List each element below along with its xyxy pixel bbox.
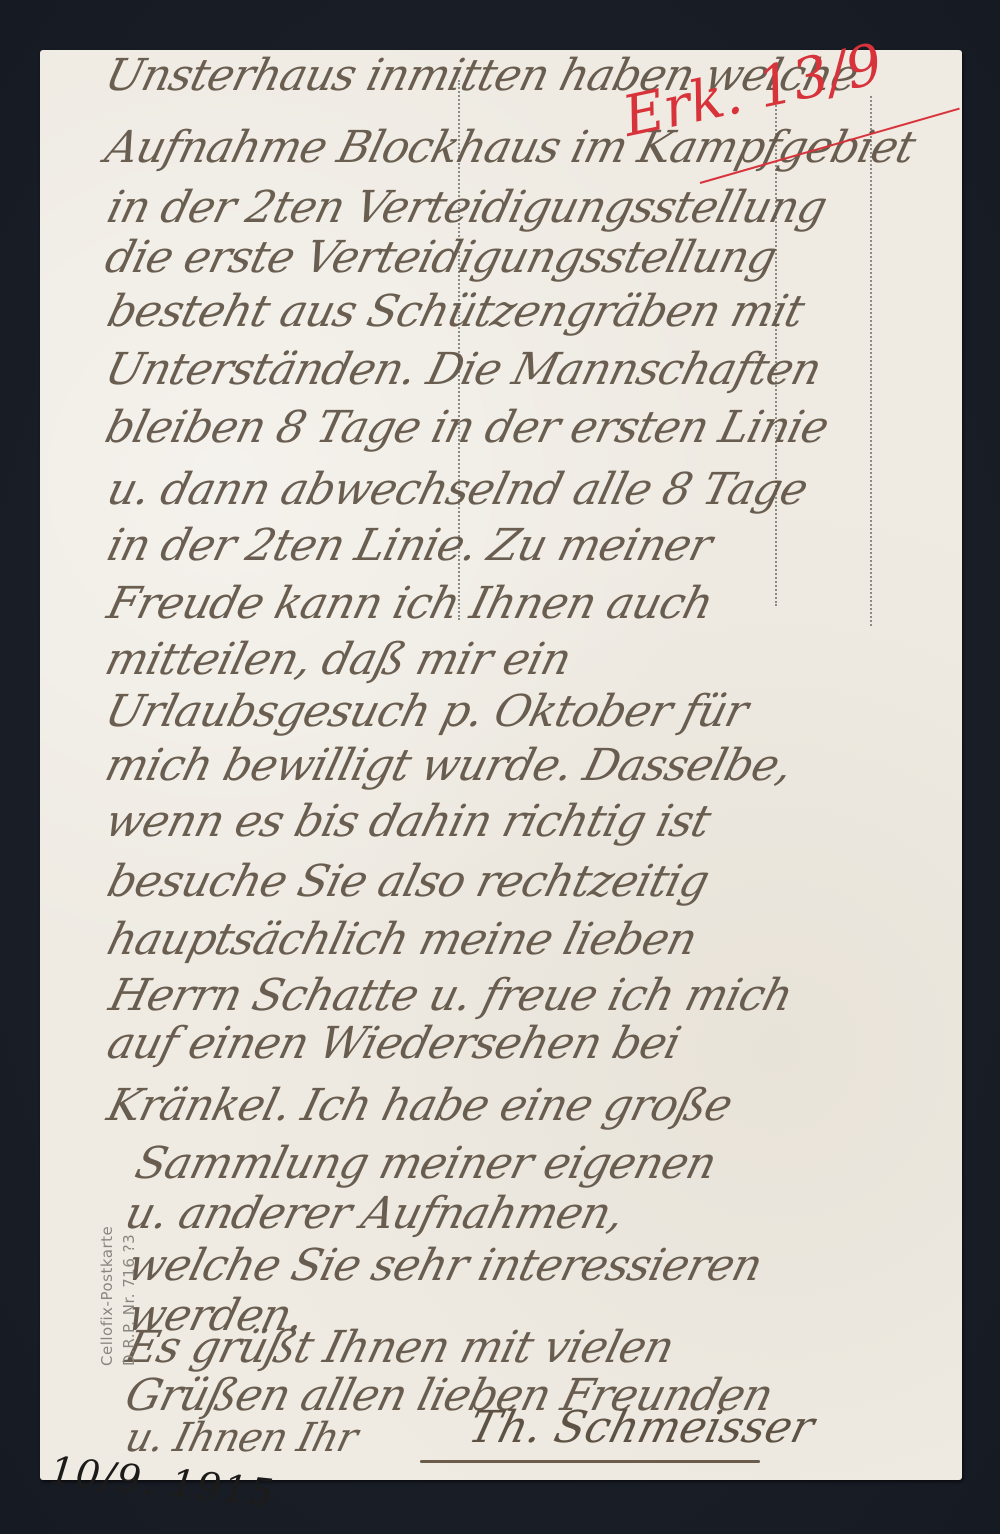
handwritten-line: in der 2ten Verteidigungsstellung xyxy=(102,182,831,234)
handwritten-line: u. Ihnen Ihr xyxy=(120,1412,362,1464)
handwritten-line: Aufnahme Blockhaus im Kampfgebiet xyxy=(100,122,920,174)
handwritten-line: Es grüßt Ihnen mit vielen xyxy=(120,1322,679,1374)
handwritten-line: Kränkel. Ich habe eine große xyxy=(102,1080,737,1132)
handwritten-line: Urlaubsgesuch p. Oktober für xyxy=(100,686,752,738)
handwritten-line: mitteilen, daß mir ein xyxy=(100,634,576,686)
handwritten-line: mich bewilligt wurde. Dasselbe, xyxy=(100,740,797,792)
handwritten-line: auf einen Wiedersehen bei xyxy=(102,1018,685,1070)
stamp-box-guide-right xyxy=(870,96,872,626)
handwritten-line: die erste Verteidigungsstellung xyxy=(100,232,781,284)
handwritten-line: in der 2ten Linie. Zu meiner xyxy=(102,520,716,572)
handwritten-line: u. dann abwechselnd alle 8 Tage xyxy=(102,464,812,516)
imprint-patent: D.R.P. Nr. 716 ?3 xyxy=(120,1234,138,1366)
signature: Th. Schmeisser xyxy=(464,1402,820,1453)
handwritten-line: hauptsächlich meine lieben xyxy=(102,914,702,966)
handwritten-line: welche Sie sehr interessieren xyxy=(122,1240,767,1292)
handwritten-line: Sammlung meiner eigenen xyxy=(130,1138,721,1190)
handwritten-line: besteht aus Schützengräben mit xyxy=(102,286,809,338)
handwritten-line: Herrn Schatte u. freue ich mich xyxy=(104,970,797,1022)
signature-underline xyxy=(420,1460,760,1463)
handwritten-line: wenn es bis dahin richtig ist xyxy=(100,796,715,848)
handwritten-line: bleiben 8 Tage in der ersten Linie xyxy=(100,402,833,454)
handwritten-line: besuche Sie also rechtzeitig xyxy=(102,856,714,908)
imprint-brand: Cellofix-Postkarte xyxy=(98,1226,116,1366)
handwritten-line: Unterständen. Die Mannschaften xyxy=(100,344,826,396)
handwritten-line: Freude kann ich Ihnen auch xyxy=(102,578,718,630)
postcard: Unsterhaus inmitten haben welche Aufnahm… xyxy=(40,50,962,1480)
handwritten-line: u. anderer Aufnahmen, xyxy=(120,1188,629,1240)
